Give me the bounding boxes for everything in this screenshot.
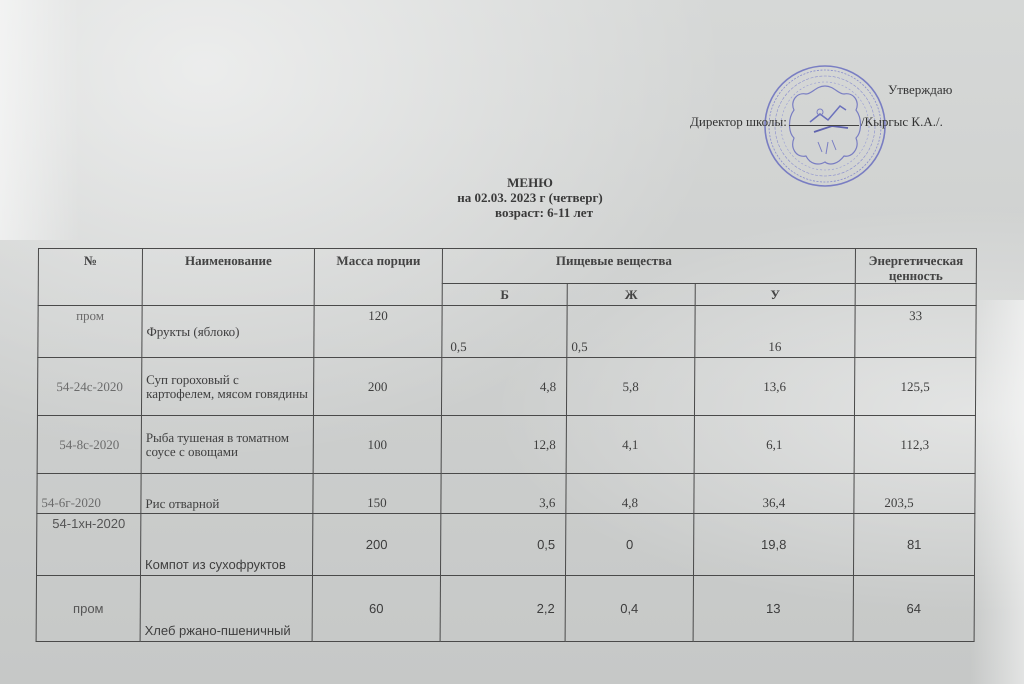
dish-carbs: 6,1	[694, 416, 854, 474]
dish-energy: 125,5	[854, 358, 975, 416]
dish-energy: 203,5	[854, 474, 975, 514]
table-header-row: № Наименование Масса порции Пищевые веще…	[38, 249, 976, 284]
table-row: 54-24с-2020 Суп гороховый с картофелем, …	[37, 358, 975, 416]
document-photo: Утверждаю Директор школы:/Кыргыс К.А./. …	[0, 0, 1024, 684]
table-row: 54-1хн-2020 Компот из сухофруктов 200 0,…	[36, 514, 974, 576]
dish-portion: 200	[313, 358, 441, 416]
dish-carbs: 13	[693, 576, 853, 642]
light-glare	[970, 300, 1024, 684]
dish-fats: 0,4	[565, 576, 693, 642]
header-proteins: Б	[442, 284, 567, 306]
dish-name: Фрукты (яблоко)	[142, 306, 314, 358]
header-fats: Ж	[567, 284, 695, 306]
approval-signature-line: Директор школы:/Кыргыс К.А./.	[690, 114, 943, 130]
dish-fats: 0,5	[567, 306, 695, 358]
header-portion: Масса порции	[314, 249, 442, 306]
menu-date: на 02.03. 2023 г (четверг)	[380, 190, 680, 205]
table-row: 54-6г-2020 Рис отварной 150 3,6 4,8 36,4…	[37, 474, 975, 514]
dish-fats: 4,8	[566, 474, 694, 514]
dish-energy: 112,3	[854, 416, 975, 474]
table-row: 54-8с-2020 Рыба тушеная в томатном соусе…	[37, 416, 975, 474]
table-row: пром Хлеб ржано-пшеничный 60 2,2 0,4 13 …	[36, 576, 974, 642]
header-nutrients: Пищевые вещества	[442, 249, 855, 284]
dish-carbs: 13,6	[694, 358, 854, 416]
dish-portion: 120	[314, 306, 442, 358]
dish-carbs: 36,4	[694, 474, 854, 514]
menu-title: МЕНЮ	[380, 175, 680, 190]
dish-code: пром	[36, 576, 140, 642]
dish-code: 54-24с-2020	[37, 358, 141, 416]
table-row: пром Фрукты (яблоко) 120 0,5 0,5 16 33	[38, 306, 976, 358]
header-carbs: У	[695, 284, 855, 306]
header-energy: Энергетическая ценность	[855, 249, 976, 284]
dish-portion: 60	[312, 576, 440, 642]
dish-portion: 150	[313, 474, 441, 514]
director-name: /Кыргыс К.А./.	[861, 114, 943, 129]
dish-portion: 100	[313, 416, 441, 474]
dish-proteins: 0,5	[440, 514, 565, 576]
approval-title: Утверждаю	[888, 82, 952, 98]
dish-proteins: 12,8	[441, 416, 566, 474]
dish-proteins: 2,2	[440, 576, 565, 642]
director-label: Директор школы:	[690, 114, 787, 129]
menu-table: № Наименование Масса порции Пищевые веще…	[36, 248, 977, 642]
header-name: Наименование	[142, 249, 314, 306]
dish-proteins: 0,5	[442, 306, 567, 358]
dish-carbs: 19,8	[693, 514, 853, 576]
signature-line	[789, 125, 859, 126]
dish-name: Суп гороховый с картофелем, мясом говяди…	[141, 358, 313, 416]
dish-energy: 33	[855, 306, 976, 358]
dish-carbs: 16	[695, 306, 855, 358]
menu-age: возраст: 6-11 лет	[467, 205, 593, 220]
dish-proteins: 3,6	[441, 474, 566, 514]
dish-fats: 4,1	[566, 416, 694, 474]
header-energy-blank	[855, 284, 976, 306]
dish-portion: 200	[312, 514, 440, 576]
dish-energy: 64	[853, 576, 974, 642]
menu-heading: МЕНЮ на 02.03. 2023 г (четверг) возраст:…	[380, 175, 680, 220]
dish-name: Компот из сухофруктов	[140, 514, 312, 576]
dish-name: Рис отварной	[141, 474, 313, 514]
dish-fats: 5,8	[566, 358, 694, 416]
dish-energy: 81	[854, 514, 975, 576]
dish-fats: 0	[565, 514, 693, 576]
dish-code: 54-6г-2020	[37, 474, 141, 514]
dish-name: Рыба тушеная в томатном соусе с овощами	[141, 416, 313, 474]
dish-name: Хлеб ржано-пшеничный	[140, 576, 312, 642]
dish-code: 54-8с-2020	[37, 416, 141, 474]
dish-proteins: 4,8	[441, 358, 566, 416]
header-number: №	[38, 249, 142, 306]
light-glare	[0, 0, 80, 240]
dish-code: пром	[38, 306, 142, 358]
dish-code: 54-1хн-2020	[36, 514, 140, 576]
